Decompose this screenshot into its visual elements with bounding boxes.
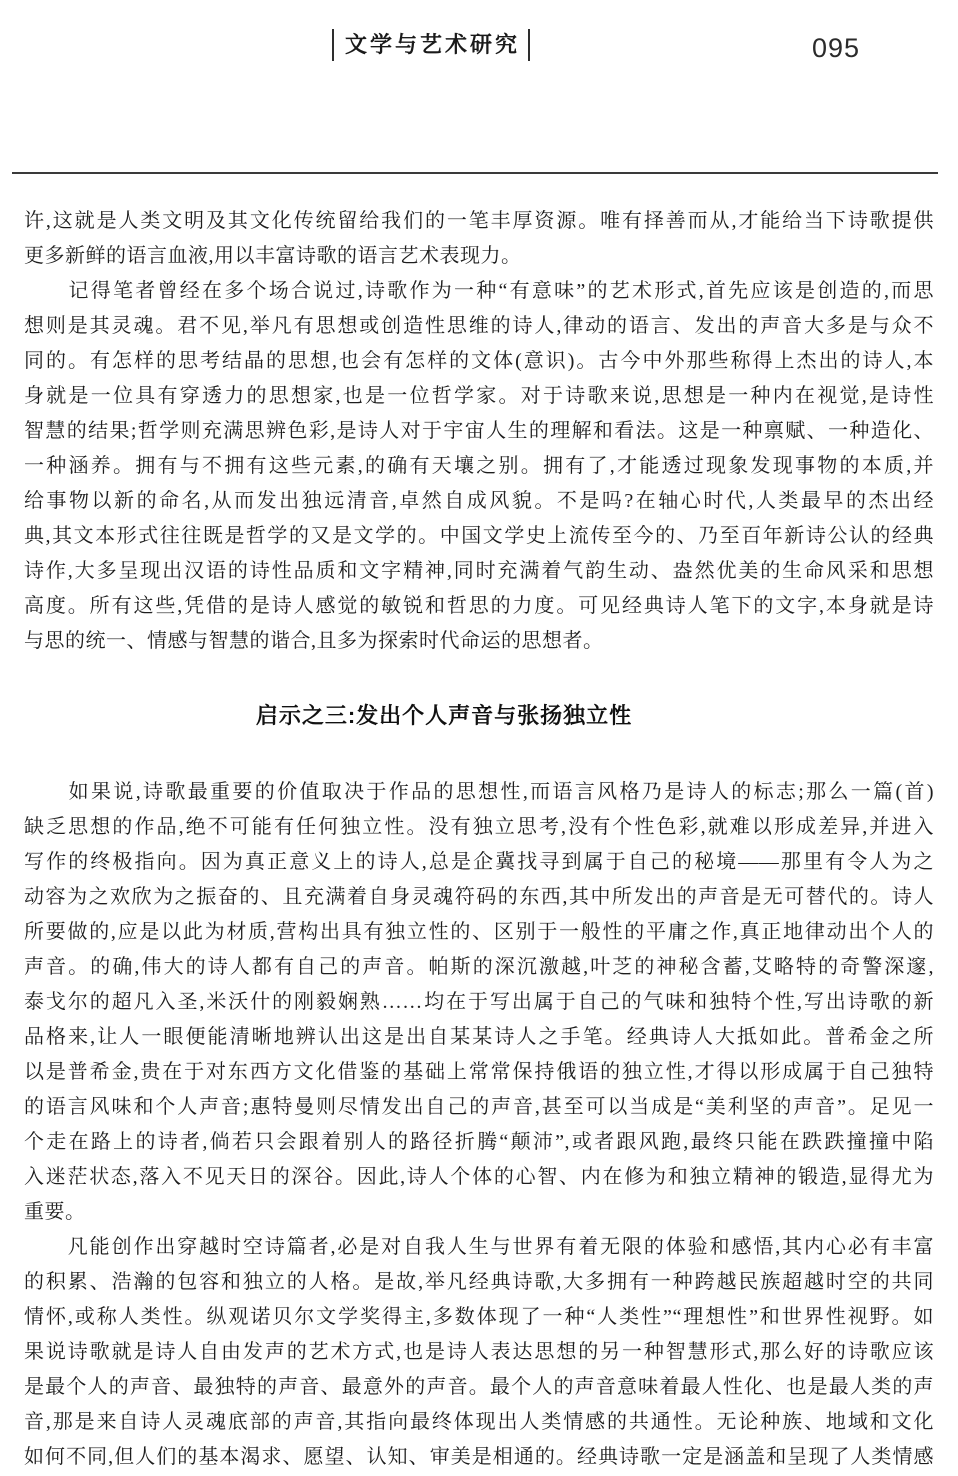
text-line: 泰戈尔的超凡入圣,米沃什的刚毅娴熟……均在于写出属于自己的气味和独特个性,写出诗… bbox=[24, 985, 934, 1020]
text-line: 品格来,让人一眼便能清晰地辨认出这是出自某某诗人之手笔。经典诗人大抵如此。普希金… bbox=[24, 1020, 934, 1055]
text-line: 是最个人的声音、最独特的声音、最意外的声音。最个人的声音意味着最人性化、也是最人… bbox=[24, 1370, 934, 1405]
text-line: 更多新鲜的语言血液,用以丰富诗歌的语言艺术表现力。 bbox=[24, 239, 934, 274]
text-line: 典,其文本形式往往既是哲学的又是文学的。中国文学史上流传至今的、乃至百年新诗公认… bbox=[24, 519, 934, 554]
text-line: 给事物以新的命名,从而发出独远清音,卓然自成风貌。不是吗?在轴心时代,人类最早的… bbox=[24, 484, 934, 519]
text-line: 果说诗歌就是诗人自由发声的艺术方式,也是诗人表达思想的另一种智慧形式,那么好的诗… bbox=[24, 1335, 934, 1370]
text-line: 与思的统一、情感与智慧的谐合,且多为探索时代命运的思想者。 bbox=[24, 624, 934, 659]
text-line: 写作的终极指向。因为真正意义上的诗人,总是企冀找寻到属于自己的秘境——那里有令人… bbox=[24, 845, 934, 880]
text-line: 音,那是来自诗人灵魂底部的声音,其指向最终体现出人类情感的共通性。无论种族、地域… bbox=[24, 1405, 934, 1440]
paragraph: 凡能创作出穿越时空诗篇者,必是对自我人生与世界有着无限的体验和感悟,其内心必有丰… bbox=[24, 1230, 934, 1475]
header-rule bbox=[12, 172, 938, 174]
journal-section-title: 文学与艺术研究 bbox=[334, 28, 528, 62]
text-line: 重要。 bbox=[24, 1195, 934, 1230]
text-line: 所要做的,应是以此为材质,营构出具有独立性的、区别于一般性的平庸之作,真正地律动… bbox=[24, 915, 934, 950]
text-line: 高度。所有这些,凭借的是诗人感觉的敏锐和哲思的力度。可见经典诗人笔下的文字,本身… bbox=[24, 589, 934, 624]
text-line: 一种涵养。拥有与不拥有这些元素,的确有天壤之别。拥有了,才能透过现象发现事物的本… bbox=[24, 449, 934, 484]
text-line: 如何不同,但人们的基本渴求、愿望、认知、审美是相通的。经典诗歌一定是涵盖和呈现了… bbox=[24, 1440, 934, 1475]
text-line: 如果说,诗歌最重要的价值取决于作品的思想性,而语言风格乃是诗人的标志;那么一篇(… bbox=[24, 775, 934, 810]
text-line: 动容为之欢欣为之振奋的、且充满着自身灵魂符码的东西,其中所发出的声音是无可替代的… bbox=[24, 880, 934, 915]
text-line: 的语言风味和个人声音;惠特曼则尽情发出自己的声音,甚至可以当成是“美利坚的声音”… bbox=[24, 1090, 934, 1125]
text-line: 个走在路上的诗者,倘若只会跟着别人的路径折腾“颠沛”,或者跟风跑,最终只能在跌跌… bbox=[24, 1125, 934, 1160]
text-line: 想则是其灵魂。君不见,举凡有思想或创造性思维的诗人,律动的语言、发出的声音大多是… bbox=[24, 309, 934, 344]
page-number: 095 bbox=[812, 34, 860, 62]
journal-page: 文学与艺术研究 095 许,这就是人类文明及其文化传统留给我们的一笔丰厚资源。唯… bbox=[0, 0, 958, 1476]
text-line: 凡能创作出穿越时空诗篇者,必是对自我人生与世界有着无限的体验和感悟,其内心必有丰… bbox=[24, 1230, 934, 1265]
text-line: 身就是一位具有穿透力的思想家,也是一位哲学家。对于诗歌来说,思想是一种内在视觉,… bbox=[24, 379, 934, 414]
text-line: 智慧的结果;哲学则充满思辨色彩,是诗人对于宇宙人生的理解和看法。这是一种禀赋、一… bbox=[24, 414, 934, 449]
paragraph: 许,这就是人类文明及其文化传统留给我们的一笔丰厚资源。唯有择善而从,才能给当下诗… bbox=[24, 204, 934, 274]
text-line: 情怀,或称人类性。纵观诺贝尔文学奖得主,多数体现了一种“人类性”“理想性”和世界… bbox=[24, 1300, 934, 1335]
text-line: 缺乏思想的作品,绝不可能有任何独立性。没有独立思考,没有个性色彩,就难以形成差异… bbox=[24, 810, 934, 845]
paragraph: 如果说,诗歌最重要的价值取决于作品的思想性,而语言风格乃是诗人的标志;那么一篇(… bbox=[24, 775, 934, 1230]
text-line: 许,这就是人类文明及其文化传统留给我们的一笔丰厚资源。唯有择善而从,才能给当下诗… bbox=[24, 204, 934, 239]
text-line: 诗作,大多呈现出汉语的诗性品质和文字精神,同时充满着气韵生动、盎然优美的生命风采… bbox=[24, 554, 934, 589]
text-line: 记得笔者曾经在多个场合说过,诗歌作为一种“有意味”的艺术形式,首先应该是创造的,… bbox=[24, 274, 934, 309]
paragraph: 记得笔者曾经在多个场合说过,诗歌作为一种“有意味”的艺术形式,首先应该是创造的,… bbox=[24, 274, 934, 659]
article-body: 许,这就是人类文明及其文化传统留给我们的一笔丰厚资源。唯有择善而从,才能给当下诗… bbox=[24, 204, 934, 1475]
text-line: 入迷茫状态,落入不见天日的深谷。因此,诗人个体的心智、内在修为和独立精神的锻造,… bbox=[24, 1160, 934, 1195]
text-line: 声音。的确,伟大的诗人都有自己的声音。帕斯的深沉激越,叶芝的神秘含蓄,艾略特的奇… bbox=[24, 950, 934, 985]
text-line: 的积累、浩瀚的包容和独立的人格。是故,举凡经典诗歌,大多拥有一种跨越民族超越时空… bbox=[24, 1265, 934, 1300]
section-heading: 启示之三:发出个人声音与张扬独立性 bbox=[0, 704, 899, 728]
title-right-bar bbox=[528, 29, 530, 61]
text-line: 同的。有怎样的思考结晶的思想,也会有怎样的文体(意识)。古今中外那些称得上杰出的… bbox=[24, 344, 934, 379]
running-head: 文学与艺术研究 bbox=[332, 28, 530, 62]
text-line: 以是普希金,贵在于对东西方文化借鉴的基础上常常保持俄语的独立性,才得以形成属于自… bbox=[24, 1055, 934, 1090]
